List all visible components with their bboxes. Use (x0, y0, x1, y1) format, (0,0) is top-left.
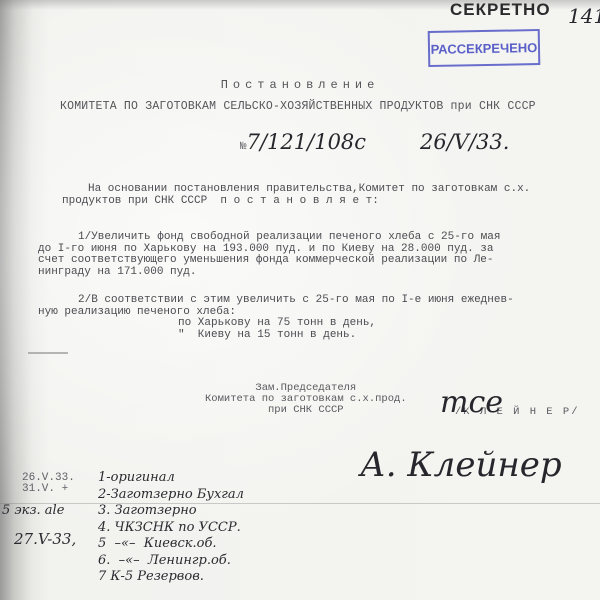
typed-date: 31.V. + (22, 484, 75, 495)
signatory-title: Зам.ПредседателяКомитета по заготовкам с… (205, 383, 407, 416)
handwritten-signature: А. Клейнер (360, 445, 562, 485)
handwritten-initials: тсе (440, 385, 503, 420)
signatory-title-line: при СНК СССР (205, 405, 407, 416)
paragraph-line: счет соответствующего уменьшения фонда к… (38, 255, 500, 267)
distribution-item: 7 К-5 Резервов. (98, 569, 244, 586)
distribution-item: 5 –«– Киевск.об. (98, 536, 244, 553)
number-prefix: № (240, 141, 247, 153)
distribution-list: 1-оригинал2-Заготзерно Бухгал3. Заготзер… (98, 470, 244, 586)
distribution-item: 3. Заготзерно (98, 503, 244, 520)
declassified-stamp: РАССЕКРЕЧЕНО (428, 29, 541, 67)
intro-paragraph: На основании постановления правительства… (40, 184, 530, 207)
paragraph-line: по Харькову на 75 тонн в день, (38, 318, 514, 330)
distribution-typed-dates: 26.V.33.31.V. + (22, 473, 75, 495)
intro-line: продуктов при СНК СССР п о с т а н о в л… (40, 196, 530, 208)
document-page: СЕКРЕТНО 141 РАССЕКРЕЧЕНО Постановление … (0, 0, 600, 600)
paragraph-line: 1/Увеличить фонд свободной реализации пе… (38, 232, 500, 244)
distribution-item: 6. –«– Ленингр.об. (98, 553, 244, 570)
issuer-line: КОМИТЕТА ПО ЗАГОТОВКАМ СЕЛЬСКО-ХОЗЯЙСТВЕ… (60, 100, 536, 113)
distribution-item: 4. ЧКЗСНК по УССР. (98, 520, 244, 537)
stamp-text: РАССЕКРЕЧЕНО (431, 40, 538, 57)
paragraph-line: " Киеву на 15 тонн в день. (38, 330, 514, 342)
paragraph-line: нинграду на 171.000 пуд. (38, 267, 500, 279)
distribution-item: 2-Заготзерно Бухгал (98, 487, 244, 504)
intro-line: На основании постановления правительства… (40, 184, 530, 196)
document-date: 26/V/33. (420, 130, 509, 154)
copies-note: 5 экз. ale (2, 503, 64, 518)
archive-page-number: 141 (568, 4, 600, 28)
paragraph-2: 2/В соответствии с этим увеличить с 25-г… (38, 295, 514, 341)
classification-mark: СЕКРЕТНО (450, 0, 551, 20)
number-value: 7/121/108с (247, 130, 366, 154)
paragraph-line: 2/В соответствии с этим увеличить с 25-г… (38, 295, 514, 307)
distribution-item: 1-оригинал (98, 470, 244, 487)
distribution-date: 27.V-33, (14, 530, 76, 548)
document-number: №7/121/108с (240, 130, 366, 154)
paragraph-1: 1/Увеличить фонд свободной реализации пе… (38, 232, 500, 278)
margin-mark (28, 352, 68, 354)
document-title: Постановление (0, 78, 600, 92)
scan-line (0, 503, 600, 504)
